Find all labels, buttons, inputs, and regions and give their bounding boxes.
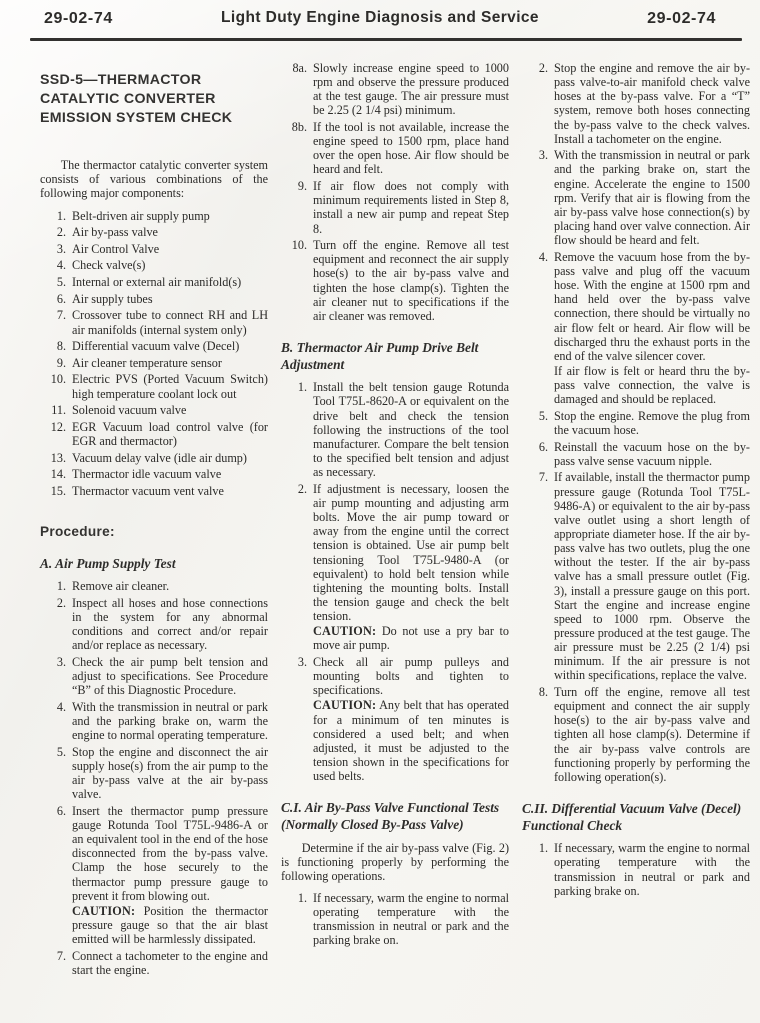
list-item: 1.Install the belt tension gauge Rotunda… [281,380,509,479]
list-item-main: Stop the engine and remove the air by-pa… [554,61,750,146]
list-item-number: 2. [281,482,313,653]
list-item-text: Internal or external air manifold(s) [72,275,268,289]
list-item-main: Crossover tube to connect RH and LH air … [72,308,268,336]
caution-paragraph: CAUTION: Position the thermactor pressur… [72,904,268,946]
list-item-number: 2. [40,596,72,653]
page-title: Light Duty Engine Diagnosis and Service [0,9,760,27]
caution-label: CAUTION: [313,698,376,712]
list-item: 2.Air by-pass valve [40,225,268,239]
list-item: 2.Stop the engine and remove the air by-… [522,61,750,146]
list-item-text: Thermactor idle vacuum valve [72,467,268,481]
list-item-main: Air by-pass valve [72,225,268,239]
list-item: 9.Air cleaner temperature sensor [40,356,268,370]
list-item: 4.Check valve(s) [40,258,268,272]
list-item-text: Stop the engine. Remove the plug from th… [554,409,750,437]
list-item: 6.Air supply tubes [40,292,268,306]
column-middle: 8a.Slowly increase engine speed to 1000 … [281,61,509,983]
section-heading-line: EMISSION SYSTEM CHECK [40,109,268,128]
list-item: 3.With the transmission in neutral or pa… [522,148,750,247]
list-item: 6.Insert the thermactor pump pressure ga… [40,804,268,946]
list-item-number: 8a. [281,61,313,118]
text-columns: SSD-5—THERMACTORCATALYTIC CONVERTEREMISS… [0,41,760,983]
list-item-number: 6. [522,440,554,468]
list-item-main: Insert the thermactor pump pressure gaug… [72,804,268,903]
list-item-main: Air supply tubes [72,292,268,306]
list-item-number: 7. [40,308,72,336]
list-item-text: Reinstall the vacuum hose on the by-pass… [554,440,750,468]
note-paragraph: If air flow is felt or heard thru the by… [554,364,750,406]
list-item-text: With the transmission in neutral or park… [554,148,750,247]
list-item-main: Solenoid vacuum valve [72,403,268,417]
list-item-main: Internal or external air manifold(s) [72,275,268,289]
list-item-main: Electric PVS (Ported Vacuum Switch) high… [72,372,268,400]
list-item-number: 7. [40,949,72,977]
procedure-heading: C.I. Air By-Pass Valve Functional Tests … [281,799,509,833]
numbered-list: 1.Belt-driven air supply pump2.Air by-pa… [40,209,268,499]
list-item-main: Reinstall the vacuum hose on the by-pass… [554,440,750,468]
list-item-number: 5. [40,745,72,802]
list-item-text: Connect a tachometer to the engine and s… [72,949,268,977]
list-item-number: 1. [522,841,554,898]
list-item-number: 1. [281,380,313,479]
list-item: 13.Vacuum delay valve (idle air dump) [40,451,268,465]
list-item-main: Stop the engine and disconnect the air s… [72,745,268,802]
manual-page: 29-02-74 Light Duty Engine Diagnosis and… [0,0,760,1023]
list-item-text: Check the air pump belt tension and adju… [72,655,268,697]
list-item-text: Differential vacuum valve (Decel) [72,339,268,353]
numbered-list: 1.Remove air cleaner.2.Inspect all hoses… [40,579,268,977]
caution-label: CAUTION: [313,624,376,638]
list-item-main: Stop the engine. Remove the plug from th… [554,409,750,437]
list-item-number: 4. [522,250,554,407]
list-item: 2.Inspect all hoses and hose connections… [40,596,268,653]
list-item: 10.Electric PVS (Ported Vacuum Switch) h… [40,372,268,400]
list-item-number: 5. [522,409,554,437]
list-item-text: Stop the engine and disconnect the air s… [72,745,268,802]
list-item-number: 8. [40,339,72,353]
list-item-number: 5. [40,275,72,289]
list-item-main: If available, install the thermactor pum… [554,470,750,682]
list-item-text: Inspect all hoses and hose connections i… [72,596,268,653]
list-item-text: Electric PVS (Ported Vacuum Switch) high… [72,372,268,400]
list-item-number: 1. [281,891,313,948]
page-header: 29-02-74 Light Duty Engine Diagnosis and… [0,0,760,32]
list-item-text: Remove the vacuum hose from the by-pass … [554,250,750,407]
list-item-text: If adjustment is necessary, loosen the a… [313,482,509,653]
list-item: 3.Check all air pump pulleys and mountin… [281,655,509,783]
list-item-main: Differential vacuum valve (Decel) [72,339,268,353]
list-item: 11.Solenoid vacuum valve [40,403,268,417]
section-heading: SSD-5—THERMACTORCATALYTIC CONVERTEREMISS… [40,71,268,128]
list-item: 10.Turn off the engine. Remove all test … [281,238,509,323]
paragraph: The thermactor catalytic converter syste… [40,158,268,200]
list-item-text: Install the belt tension gauge Rotunda T… [313,380,509,479]
list-item-number: 2. [522,61,554,146]
procedure-heading: B. Thermactor Air Pump Drive Belt Adjust… [281,339,509,373]
list-item-number: 10. [281,238,313,323]
list-item-main: Slowly increase engine speed to 1000 rpm… [313,61,509,118]
list-item-main: Check valve(s) [72,258,268,272]
list-item: 7.Crossover tube to connect RH and LH ai… [40,308,268,336]
list-item: 1.Belt-driven air supply pump [40,209,268,223]
list-item-text: Stop the engine and remove the air by-pa… [554,61,750,146]
list-item-text: If necessary, warm the engine to normal … [554,841,750,898]
list-item-main: Check the air pump belt tension and adju… [72,655,268,697]
list-item-number: 2. [40,225,72,239]
list-item: 5.Stop the engine and disconnect the air… [40,745,268,802]
list-item-number: 14. [40,467,72,481]
caution-paragraph: CAUTION: Do not use a pry bar to move ai… [313,624,509,652]
list-item-number: 9. [281,179,313,236]
list-item-text: Belt-driven air supply pump [72,209,268,223]
list-item-number: 4. [40,258,72,272]
list-item-main: Turn off the engine. Remove all test equ… [313,238,509,323]
list-item-number: 11. [40,403,72,417]
list-item: 7.If available, install the thermactor p… [522,470,750,682]
list-item-main: If air flow does not comply with minimum… [313,179,509,236]
list-item-main: EGR Vacuum load control valve (for EGR a… [72,420,268,448]
list-item: 3.Check the air pump belt tension and ad… [40,655,268,697]
list-item-text: Thermactor vacuum vent valve [72,484,268,498]
list-item: 2.If adjustment is necessary, loosen the… [281,482,509,653]
list-item: 5.Stop the engine. Remove the plug from … [522,409,750,437]
list-item-main: Inspect all hoses and hose connections i… [72,596,268,653]
list-item-number: 15. [40,484,72,498]
list-item-number: 8. [522,685,554,784]
list-item-number: 1. [40,579,72,593]
numbered-list: 8a.Slowly increase engine speed to 1000 … [281,61,509,323]
list-item-text: Air cleaner temperature sensor [72,356,268,370]
numbered-list: 2.Stop the engine and remove the air by-… [522,61,750,784]
column-left: SSD-5—THERMACTORCATALYTIC CONVERTEREMISS… [40,61,268,983]
list-item-main: Connect a tachometer to the engine and s… [72,949,268,977]
list-item-text: If necessary, warm the engine to normal … [313,891,509,948]
list-item: 1.Remove air cleaner. [40,579,268,593]
list-item-main: With the transmission in neutral or park… [554,148,750,247]
list-item: 3.Air Control Valve [40,242,268,256]
list-item-main: Vacuum delay valve (idle air dump) [72,451,268,465]
list-item-text: Crossover tube to connect RH and LH air … [72,308,268,336]
procedure-heading: C.II. Differential Vacuum Valve (Decel) … [522,800,750,834]
list-item-main: Install the belt tension gauge Rotunda T… [313,380,509,479]
list-item-number: 6. [40,804,72,946]
list-item: 8.Differential vacuum valve (Decel) [40,339,268,353]
list-item-number: 3. [522,148,554,247]
list-item-main: If the tool is not available, increase t… [313,120,509,177]
list-item-main: Air cleaner temperature sensor [72,356,268,370]
caution-label: CAUTION: [72,904,135,918]
list-item: 8b.If the tool is not available, increas… [281,120,509,177]
list-item-text: Slowly increase engine speed to 1000 rpm… [313,61,509,118]
list-item-text: Vacuum delay valve (idle air dump) [72,451,268,465]
list-item-main: Belt-driven air supply pump [72,209,268,223]
list-item-text: With the transmission in neutral or park… [72,700,268,742]
list-item-text: Turn off the engine, remove all test equ… [554,685,750,784]
numbered-list: 1.If necessary, warm the engine to norma… [522,841,750,898]
list-item-text: EGR Vacuum load control valve (for EGR a… [72,420,268,448]
procedure-heading: A. Air Pump Supply Test [40,555,268,572]
caution-paragraph: CAUTION: Any belt that has operated for … [313,698,509,783]
list-item: 5.Internal or external air manifold(s) [40,275,268,289]
list-item-main: Turn off the engine, remove all test equ… [554,685,750,784]
list-item-main: With the transmission in neutral or park… [72,700,268,742]
list-item-text: If air flow does not comply with minimum… [313,179,509,236]
list-item-main: Remove air cleaner. [72,579,268,593]
list-item-main: Thermactor vacuum vent valve [72,484,268,498]
list-item-number: 4. [40,700,72,742]
list-item-text: Insert the thermactor pump pressure gaug… [72,804,268,946]
list-item-number: 3. [40,242,72,256]
list-item: 4.Remove the vacuum hose from the by-pas… [522,250,750,407]
list-item-main: Check all air pump pulleys and mounting … [313,655,509,697]
list-item-number: 7. [522,470,554,682]
list-item-text: Air Control Valve [72,242,268,256]
section-heading-line: SSD-5—THERMACTOR [40,71,268,90]
list-item: 15.Thermactor vacuum vent valve [40,484,268,498]
procedure-label: Procedure: [40,524,268,539]
list-item-number: 10. [40,372,72,400]
list-item-text: If the tool is not available, increase t… [313,120,509,177]
numbered-list: 1.Install the belt tension gauge Rotunda… [281,380,509,783]
section-heading-line: CATALYTIC CONVERTER [40,90,268,109]
list-item-number: 13. [40,451,72,465]
list-item-text: If available, install the thermactor pum… [554,470,750,682]
list-item-number: 9. [40,356,72,370]
list-item-text: Turn off the engine. Remove all test equ… [313,238,509,323]
list-item: 1.If necessary, warm the engine to norma… [281,891,509,948]
list-item-main: Thermactor idle vacuum valve [72,467,268,481]
list-item-main: If adjustment is necessary, loosen the a… [313,482,509,623]
list-item: 1.If necessary, warm the engine to norma… [522,841,750,898]
list-item-number: 1. [40,209,72,223]
list-item: 7.Connect a tachometer to the engine and… [40,949,268,977]
list-item-number: 6. [40,292,72,306]
list-item-number: 12. [40,420,72,448]
list-item-main: If necessary, warm the engine to normal … [313,891,509,948]
list-item-number: 3. [281,655,313,783]
list-item-main: If necessary, warm the engine to normal … [554,841,750,898]
list-item-text: Air supply tubes [72,292,268,306]
list-item-main: Remove the vacuum hose from the by-pass … [554,250,750,363]
list-item: 4.With the transmission in neutral or pa… [40,700,268,742]
list-item: 8.Turn off the engine, remove all test e… [522,685,750,784]
list-item: 9.If air flow does not comply with minim… [281,179,509,236]
list-item: 12.EGR Vacuum load control valve (for EG… [40,420,268,448]
list-item-text: Remove air cleaner. [72,579,268,593]
list-item: 14.Thermactor idle vacuum valve [40,467,268,481]
column-right: 2.Stop the engine and remove the air by-… [522,61,750,983]
list-item-number: 3. [40,655,72,697]
numbered-list: 1.If necessary, warm the engine to norma… [281,891,509,948]
paragraph: Determine if the air by-pass valve (Fig.… [281,841,509,883]
list-item-text: Check valve(s) [72,258,268,272]
list-item-text: Solenoid vacuum valve [72,403,268,417]
list-item-number: 8b. [281,120,313,177]
list-item-text: Check all air pump pulleys and mounting … [313,655,509,783]
list-item-main: Air Control Valve [72,242,268,256]
list-item: 6.Reinstall the vacuum hose on the by-pa… [522,440,750,468]
list-item-text: Air by-pass valve [72,225,268,239]
list-item: 8a.Slowly increase engine speed to 1000 … [281,61,509,118]
